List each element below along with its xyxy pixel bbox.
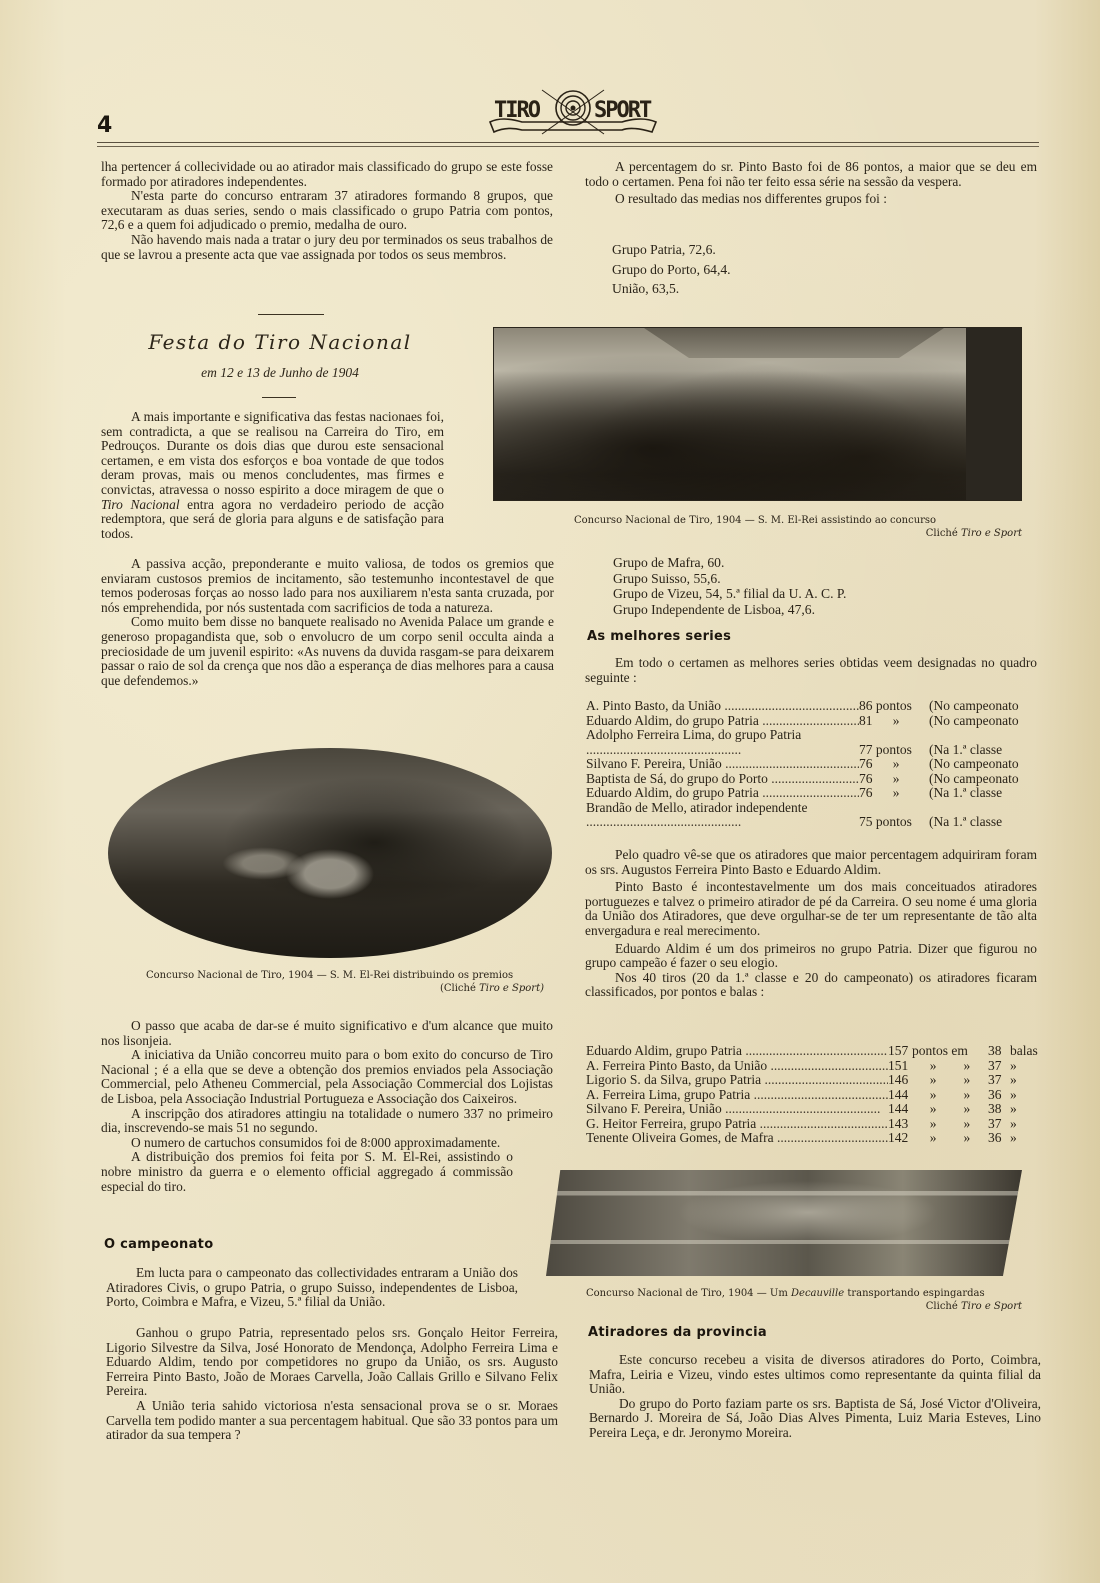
table-row: A. Ferreira Pinto Basto, da União ......… [586, 1059, 1041, 1074]
masthead-logo: TIRO SPORT [482, 86, 664, 136]
table-row: A. Ferreira Lima, grupo Patria .........… [586, 1088, 1041, 1103]
paragraph: Não havendo mais nada a tratar o jury de… [101, 233, 553, 262]
group-results-list-2: Grupo de Mafra, 60. Grupo Suisso, 55,6. … [613, 555, 846, 617]
table-row: Eduardo Aldim, do grupo Patria .........… [586, 714, 1041, 729]
paragraph: A inscripção dos atiradores attingiu na … [101, 1107, 553, 1136]
table-row: Silvano F. Pereira, União ..............… [586, 757, 1041, 772]
campeonato-text-2: Ganhou o grupo Patria, representado pelo… [106, 1326, 558, 1443]
list-item: Grupo Independente de Lisboa, 47,6. [613, 602, 846, 618]
photo-decauville-carrying-rifles [546, 1170, 1022, 1276]
paragraph: A percentagem do sr. Pinto Basto foi de … [585, 160, 1037, 189]
paragraph: A distribuição dos premios foi feita por… [101, 1150, 553, 1194]
best-series-table: A. Pinto Basto, da União ...............… [586, 699, 1041, 830]
list-item: Grupo Suisso, 55,6. [613, 571, 846, 587]
separator [262, 397, 296, 398]
list-item: União, 63,5. [612, 281, 731, 297]
separator [258, 314, 324, 315]
header-rule [97, 142, 1039, 147]
paragraph: Pinto Basto é incontestavelmente um dos … [585, 880, 1037, 938]
paragraph: O numero de cartuchos consumidos foi de … [101, 1136, 553, 1151]
photo-king-distributing-prizes [108, 748, 552, 958]
table-row: Tenente Oliveira Gomes, de Mafra .......… [586, 1131, 1041, 1146]
article-title: Festa do Tiro Nacional [100, 330, 460, 354]
group-results-list: Grupo Patria, 72,6. Grupo do Porto, 64,4… [612, 242, 731, 297]
top-right-text: A percentagem do sr. Pinto Basto foi de … [585, 160, 1037, 207]
photo-credit: Cliché Tiro e Sport [574, 527, 1022, 540]
paragraph: A iniciativa da União concorreu muito pa… [101, 1048, 553, 1106]
ranking-table: Eduardo Aldim, grupo Patria ............… [586, 1044, 1041, 1146]
paragraph: O passo que acaba de dar-se é muito sign… [101, 1019, 553, 1048]
table-row: Silvano F. Pereira, União ..............… [586, 1102, 1041, 1117]
article-subtitle: em 12 e 13 de Junho de 1904 [100, 365, 460, 381]
intro-emphasis: Tiro Nacional [101, 497, 180, 512]
photo-credit: (Cliché Tiro e Sport) [146, 982, 544, 995]
paragraph: Pelo quadro vê-se que os atiradores que … [585, 848, 1037, 877]
list-item: Grupo de Vizeu, 54, 5.ª filial da U. A. … [613, 586, 846, 602]
paragraph: Em lucta para o campeonato das collectiv… [106, 1266, 518, 1310]
newspaper-page: 4 TIRO SPORT lha pertencer á collecivida… [0, 0, 1100, 1583]
paragraph: A União teria sahido victoriosa n'esta s… [106, 1399, 558, 1443]
svg-text:SPORT: SPORT [594, 98, 652, 123]
photo-caption: Concurso Nacional de Tiro, 1904 — S. M. … [146, 969, 544, 995]
list-item: Grupo de Mafra, 60. [613, 555, 846, 571]
table-row: A. Pinto Basto, da União ...............… [586, 699, 1041, 714]
photo-credit: Cliché Tiro e Sport [586, 1300, 1022, 1313]
table-row: Eduardo Aldim, grupo Patria ............… [586, 1044, 1041, 1059]
intro-text: A mais importante e significativa das fe… [101, 409, 444, 497]
table-row: Eduardo Aldim, do grupo Patria .........… [586, 786, 1041, 801]
section-heading-provincia: Atiradores da provincia [588, 1325, 767, 1340]
svg-text:TIRO: TIRO [494, 98, 541, 123]
best-series-intro: Em todo o certamen as melhores series ob… [585, 656, 1037, 685]
list-item: Grupo Patria, 72,6. [612, 242, 731, 258]
paragraph: Este concurso recebeu a visita de divers… [589, 1353, 1041, 1397]
table-row: Brandão de Mello, atirador independente … [586, 801, 1041, 830]
table-row: Adolpho Ferreira Lima, do grupo Patria .… [586, 728, 1041, 757]
paragraph: lha pertencer á collecividade ou ao atir… [101, 160, 553, 189]
paragraph: A passiva acção, preponderante e muito v… [101, 557, 554, 615]
paragraph: O resultado das medias nos differentes g… [585, 192, 1037, 207]
paragraph: N'esta parte do concurso entraram 37 ati… [101, 189, 553, 233]
top-left-text: lha pertencer á collecividade ou ao atir… [101, 160, 553, 262]
best-series-commentary: Pelo quadro vê-se que os atiradores que … [585, 848, 1037, 1000]
paragraph: Como muito bem disse no banquete realisa… [101, 615, 554, 688]
paragraph: Eduardo Aldim é um dos primeiros no grup… [585, 942, 1037, 971]
article-body-3: O passo que acaba de dar-se é muito sign… [101, 1019, 553, 1194]
photo-king-watching-contest [493, 327, 1022, 501]
table-row: G. Heitor Ferreira, grupo Patria .......… [586, 1117, 1041, 1132]
section-heading-campeonato: O campeonato [104, 1237, 213, 1252]
article-intro: A mais importante e significativa das fe… [101, 410, 444, 541]
paragraph: Ganhou o grupo Patria, representado pelo… [106, 1326, 558, 1399]
list-item: Grupo do Porto, 64,4. [612, 262, 731, 278]
photo-caption: Concurso Nacional de Tiro, 1904 — Um Dec… [586, 1287, 1022, 1313]
table-row: Baptista de Sá, do grupo do Porto ......… [586, 772, 1041, 787]
photo-caption: Concurso Nacional de Tiro, 1904 — S. M. … [574, 514, 1022, 540]
paragraph: Nos 40 tiros (20 da 1.ª classe e 20 do c… [585, 971, 1037, 1000]
page-number: 4 [97, 113, 112, 138]
article-body-2: A passiva acção, preponderante e muito v… [101, 557, 554, 688]
target-emblem-icon: TIRO SPORT [482, 86, 664, 136]
table-row: Ligorio S. da Silva, grupo Patria ......… [586, 1073, 1041, 1088]
provincia-text: Este concurso recebeu a visita de divers… [589, 1353, 1041, 1441]
paragraph: Do grupo do Porto faziam parte os srs. B… [589, 1397, 1041, 1441]
section-heading-best-series: As melhores series [587, 629, 731, 644]
campeonato-text-1: Em lucta para o campeonato das collectiv… [106, 1266, 518, 1310]
